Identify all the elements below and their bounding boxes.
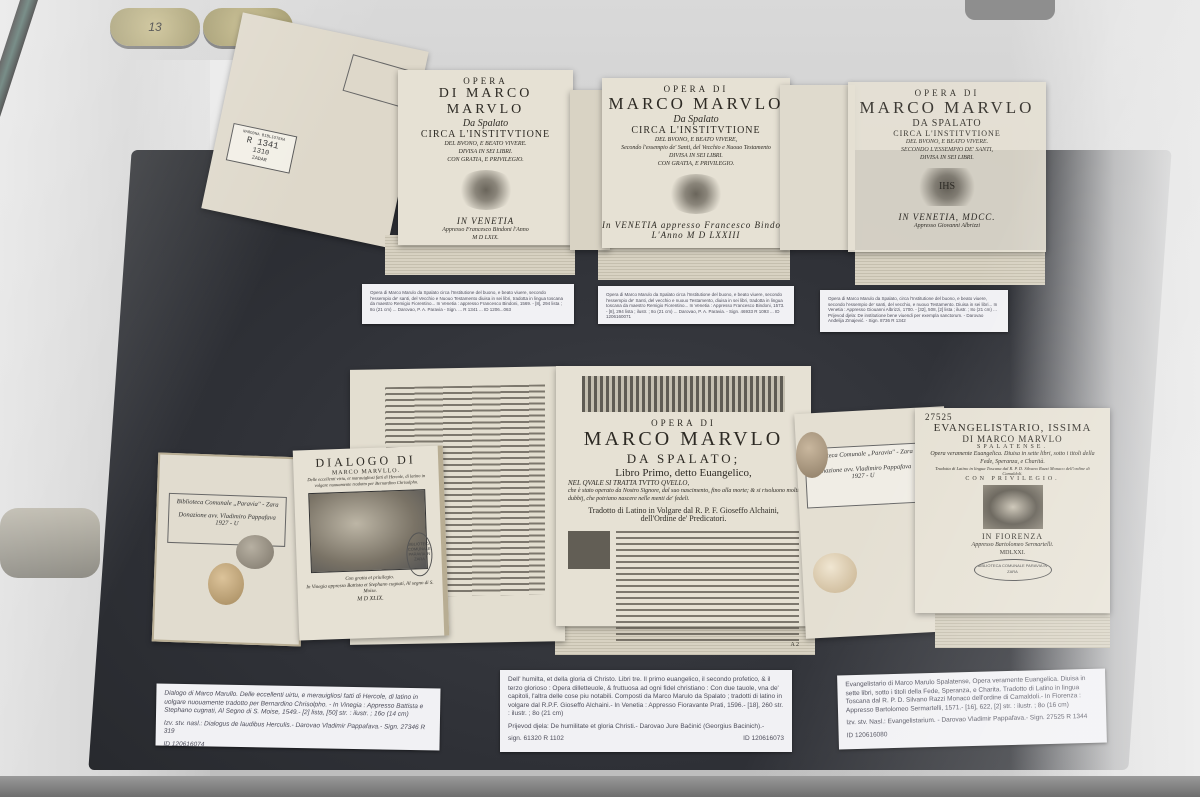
decorated-initial-n-icon — [568, 531, 610, 569]
title-line: CON GRATIA, E PRIVILEGIO. — [398, 156, 573, 164]
book-stand-support — [0, 508, 100, 578]
title-line: OPERA DI — [602, 84, 790, 94]
title-line: dell'Ordine de' Predicatori. — [568, 515, 799, 523]
inventory-number: 27525 — [925, 412, 1100, 422]
title-line: CON PRIVILEGIO. — [925, 476, 1100, 482]
title-line: Secondo l'essempio de' Santi, del Vecchi… — [602, 144, 790, 152]
title-line: Opera veramente Euangelica. Diuisa in se… — [925, 450, 1100, 466]
printer-device-icon — [666, 174, 726, 214]
title-line: EVANGELISTARIO, ISSIMA — [925, 422, 1100, 434]
title-line: OPERA — [398, 76, 573, 86]
title-line: DIVISA IN SEI LIBRI. — [398, 148, 573, 156]
page-weight-stone — [796, 432, 828, 478]
label-bibliographic-text: Dell' humilta, et della gloria di Christ… — [508, 676, 784, 719]
book2-title-page: OPERA DI MARCO MARVLO Da Spalato CIRCA L… — [602, 78, 790, 248]
title-line: che è stato operato da Nostro Signore, d… — [568, 487, 799, 503]
large-book-right-page: OPERA DI MARCO MARVLO DA SPALATO; Libro … — [556, 366, 811, 626]
title-line: DIVISA IN SEI LIBRI. — [602, 152, 790, 160]
catalog-label-book2: Opera di Marco Marulo da Spalato circa l… — [598, 286, 794, 324]
year: M D LXIX. — [398, 234, 573, 242]
imprint: IN FIORENZA — [925, 532, 1100, 541]
clamp-number: 13 — [110, 8, 200, 46]
body-text-block — [616, 531, 799, 641]
catalog-label-dialogo: Dialogo di Marco Marullo. Delle eccellen… — [155, 684, 440, 751]
title-line: Da Spalato — [398, 118, 573, 129]
title-line: SECONDO L'ESSEMPIO DE' SANTI, — [848, 146, 1046, 154]
title-line: DEL BVONO, E BEATO VIVERE. — [848, 138, 1046, 146]
bookplate-paravia: Biblioteca Comunale „Paravia" - Zara Don… — [167, 493, 287, 547]
page-weight-stone — [208, 563, 244, 605]
catalog-label-book1: Opera di Marco Marulo da Spalato circa l… — [362, 284, 574, 324]
title-author: DI MARCO MARVLO — [925, 434, 1100, 444]
label-provenance-text: Prijevod djela: De humilitate et gloria … — [508, 723, 784, 732]
book1-title-page: OPERA DI MARCO MARVLO Da Spalato CIRCA L… — [398, 70, 573, 245]
book3-left-page — [780, 85, 855, 250]
page-signature: A 2 — [568, 641, 799, 649]
bookplate-line: Biblioteca Comunale „Paravia" - Zara — [174, 498, 282, 509]
evangelistarium-page-block — [935, 612, 1110, 648]
title-line: CIRCA L'INSTITVTIONE — [602, 125, 790, 136]
book1-cover: NARODNA BIBLIOTEKA R 1341 1310 ZADAR — [201, 12, 428, 247]
label-text: Opera di Marco Marulo da Spalato circa l… — [370, 290, 566, 312]
imprint: In VENETIA appresso Francesco Bindoni — [602, 220, 790, 230]
title-author: DI MARCO MARVLO — [398, 86, 573, 118]
year: MDLXXI. — [925, 549, 1100, 557]
imprint: IN VENETIA — [398, 216, 573, 226]
book3-page-block — [855, 250, 1045, 285]
printer: Appresso Francesco Bindoni l'Anno — [398, 226, 573, 234]
book3-title-page: OPERA DI MARCO MARVLO DA SPALATO CIRCA L… — [848, 82, 1046, 252]
title-line: DA SPALATO — [848, 118, 1046, 129]
year: L'Anno M D LXXIII — [602, 230, 790, 240]
label-text: Opera di Marco Marulo da Spalato circa l… — [606, 292, 786, 320]
title-line: Tradotta di Latino in lingua Toscana dal… — [925, 466, 1100, 476]
library-sticker: NARODNA BIBLIOTEKA R 1341 1310 ZADAR — [226, 123, 297, 174]
paravia-library-stamp: BIBLIOTECA COMUNALE PARAVIA IN ZARA — [406, 532, 434, 577]
dialogo-left-page: Biblioteca Comunale „Paravia" - Zara Don… — [152, 452, 308, 646]
title-author: MARCO MARVLO — [568, 428, 799, 451]
label-id: ID 120616073 — [743, 735, 784, 742]
title-line: CIRCA L'INSTITVTIONE — [398, 129, 573, 140]
glass-clamp-top-right — [965, 0, 1055, 20]
label-signature: sign. 61320 R 1102 — [508, 735, 564, 742]
printer: Appresso Bartolomeo Sermartelli. — [925, 541, 1100, 549]
label-text: Opera di Marco Marulo da Spalato, circa … — [828, 296, 1000, 324]
label-bibliographic-text: Dialogo di Marco Marullo. Delle eccellen… — [164, 690, 432, 720]
printer-device-icon — [983, 485, 1043, 529]
title-line: OPERA DI — [848, 88, 1046, 98]
catalog-label-book3: Opera di Marco Marulo da Spalato, circa … — [820, 290, 1008, 332]
title-author: MARCO MARVLO — [602, 94, 790, 114]
title-line: DIVISA IN SEI LIBRI. — [848, 154, 1046, 162]
printer-device-icon — [456, 170, 516, 210]
label-provenance-text: Izv. stv. nasl.: Dialogus de laudibus He… — [164, 719, 432, 741]
case-front-frame — [0, 776, 1200, 797]
title-line: CON GRATIA, E PRIVILEGIO. — [602, 160, 790, 168]
title-line: CIRCA L'INSTITVTIONE — [848, 129, 1046, 138]
label-id: ID 120616080 — [847, 725, 1099, 740]
paravia-library-stamp: BIBLIOTECA COMUNALE PARAVIA IN ZARA — [974, 559, 1052, 581]
page-weight-stone — [236, 535, 274, 569]
dialogo-title-page: DIALOGO DI MARCO MARVLLO. Delle eccellen… — [293, 445, 450, 640]
title-line: DEL BVONO, E BEATO VIVERE. — [398, 140, 573, 148]
title-line: Libro Primo, detto Euangelico, — [568, 467, 799, 479]
printer: Appresso Giovanni Albrizzi — [848, 222, 1046, 230]
imprint: IN VENETIA, MDCC. — [848, 212, 1046, 222]
ihs-device-icon: IHS — [912, 168, 982, 206]
title-line: NEL QVALE SI TRATTA TVTTO QVELLO, — [568, 479, 799, 487]
title-author: MARCO MARVLO — [848, 98, 1046, 118]
catalog-label-opera: Dell' humilta, et della gloria di Christ… — [500, 670, 792, 752]
label-bibliographic-text: Evangelistario di Marco Marulo Spalatens… — [845, 675, 1098, 716]
title-line: Da Spalato — [602, 114, 790, 125]
ornamental-headpiece-icon — [582, 376, 785, 412]
title-line: OPERA DI — [568, 418, 799, 428]
page-weight-stone — [813, 553, 857, 593]
title-line: DEL BVONO, E BEATO VIVERE, — [602, 136, 790, 144]
glass-clamp-left: 13 — [110, 8, 200, 46]
title-line: DA SPALATO; — [568, 451, 799, 467]
catalog-label-evangelistarium: Evangelistario di Marco Marulo Spalatens… — [837, 669, 1107, 750]
evangelistarium-title-page: 27525 EVANGELISTARIO, ISSIMA DI MARCO MA… — [915, 408, 1110, 613]
